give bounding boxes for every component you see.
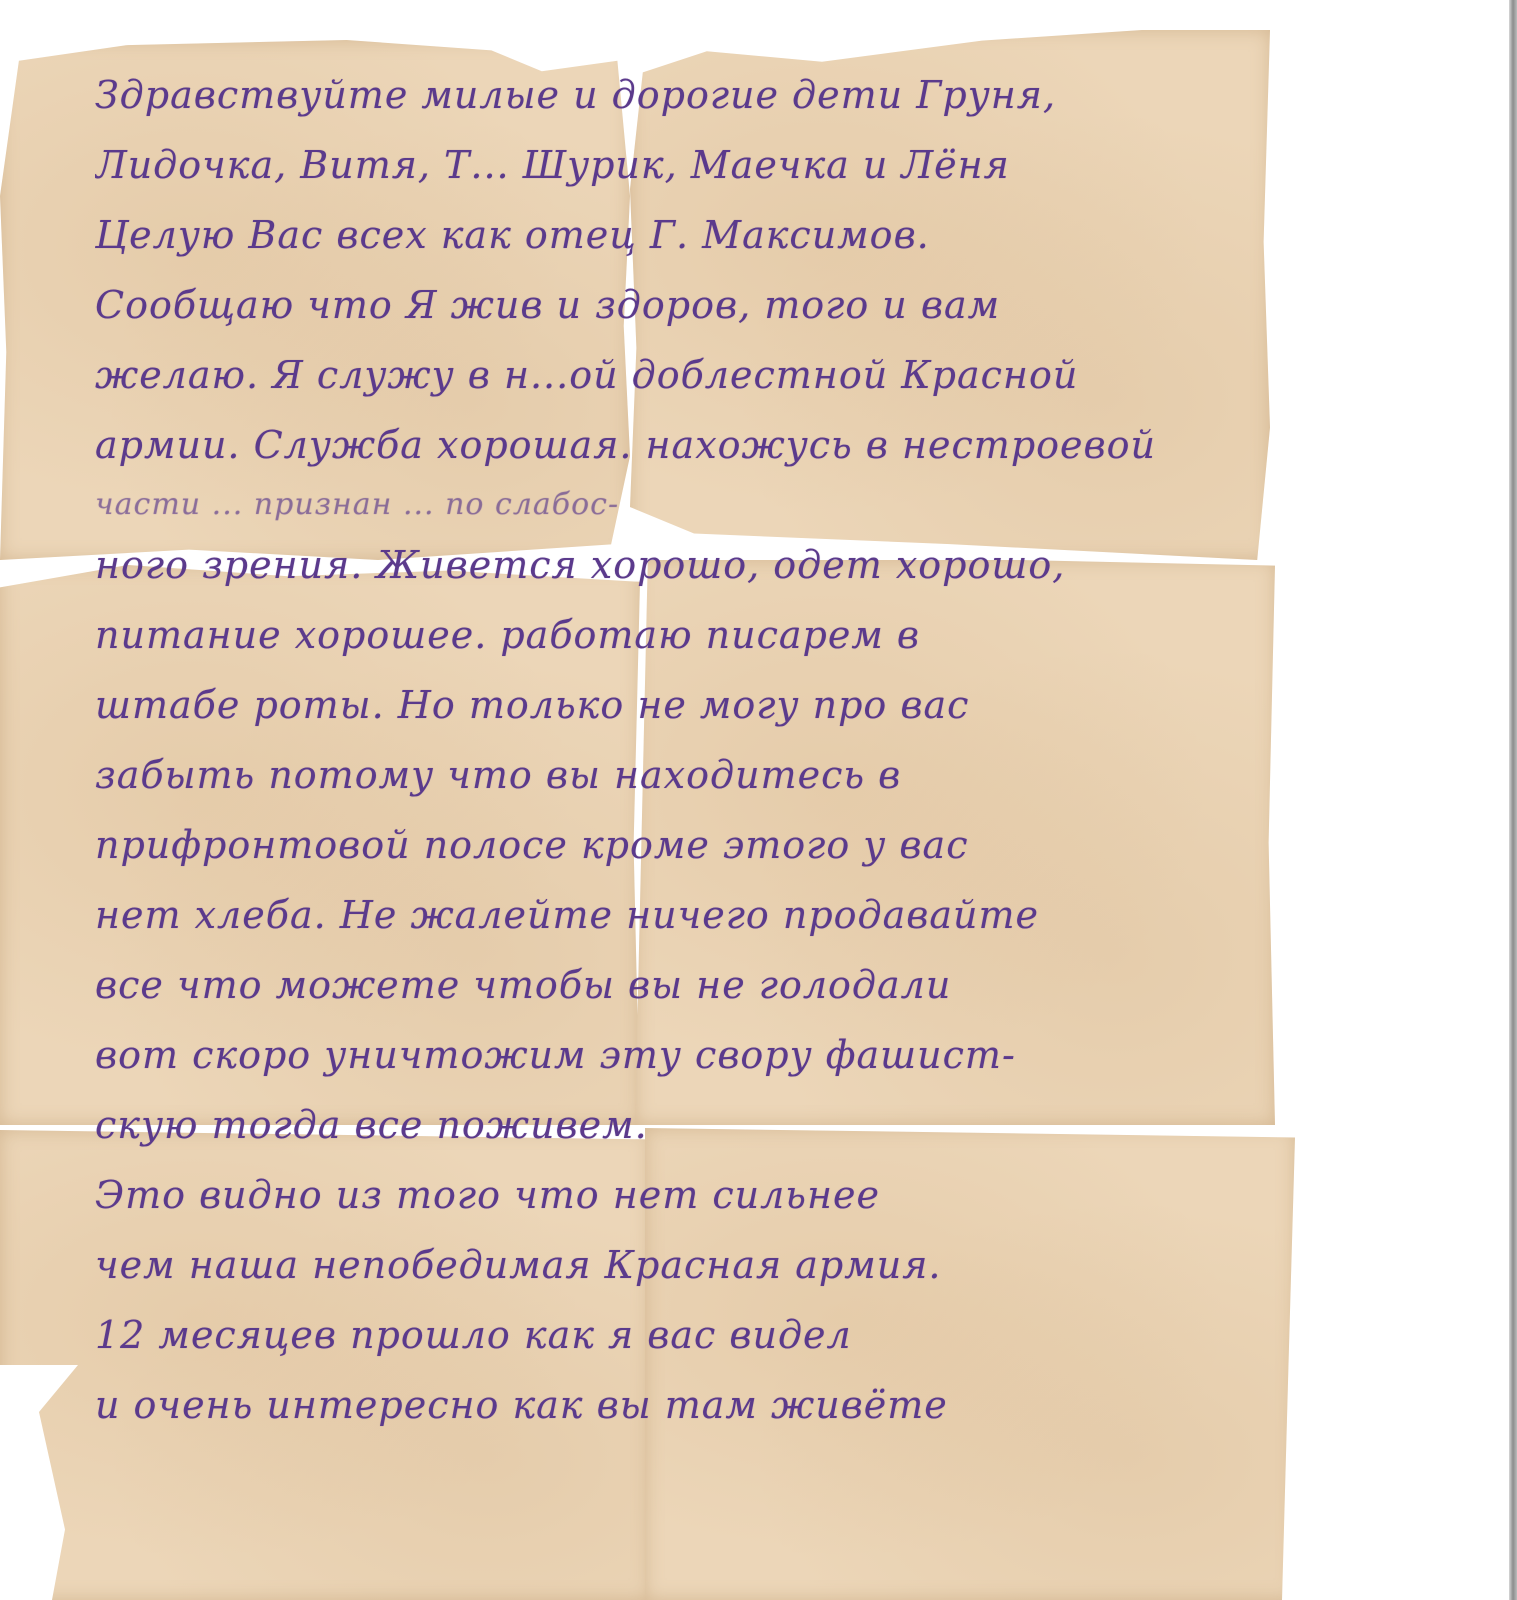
letter-line-torn: части ... признан ... по слабос- [95, 480, 1255, 530]
letter-line: 12 месяцев прошло как я вас видел [95, 1300, 1255, 1370]
letter-line: Целую Вас всех как отец Г. Максимов. [95, 200, 1255, 270]
letter-line: чем наша непобедимая Красная армия. [95, 1230, 1255, 1300]
letter-line: все что можете чтобы вы не голодали [95, 950, 1255, 1020]
scan-edge [1509, 0, 1517, 1600]
letter-text: Здравствуйте милые и дорогие дети Груня,… [95, 60, 1255, 1440]
letter-line: скую тогда все поживем. [95, 1090, 1255, 1160]
letter-line: Лидочка, Витя, Т... Шурик, Маечка и Лёня [95, 130, 1255, 200]
letter-line: армии. Служба хорошая. нахожусь в нестро… [95, 410, 1255, 480]
letter-line: штабе роты. Но только не могу про вас [95, 670, 1255, 740]
letter-line: забыть потому что вы находитесь в [95, 740, 1255, 810]
letter-line: Это видно из того что нет сильнее [95, 1160, 1255, 1230]
letter-line: питание хорошее. работаю писарем в [95, 600, 1255, 670]
letter-line: вот скоро уничтожим эту свору фашист- [95, 1020, 1255, 1090]
letter-line: желаю. Я служу в н...ой доблестной Красн… [95, 340, 1255, 410]
letter-line: и очень интересно как вы там живёте [95, 1370, 1255, 1440]
letter-sheet: Здравствуйте милые и дорогие дети Груня,… [0, 0, 1517, 1600]
letter-line: прифронтовой полосе кроме этого у вас [95, 810, 1255, 880]
letter-line: Сообщаю что Я жив и здоров, того и вам [95, 270, 1255, 340]
letter-line: ного зрения. Живется хорошо, одет хорошо… [95, 530, 1255, 600]
letter-line: нет хлеба. Не жалейте ничего продавайте [95, 880, 1255, 950]
letter-line: Здравствуйте милые и дорогие дети Груня, [95, 60, 1255, 130]
